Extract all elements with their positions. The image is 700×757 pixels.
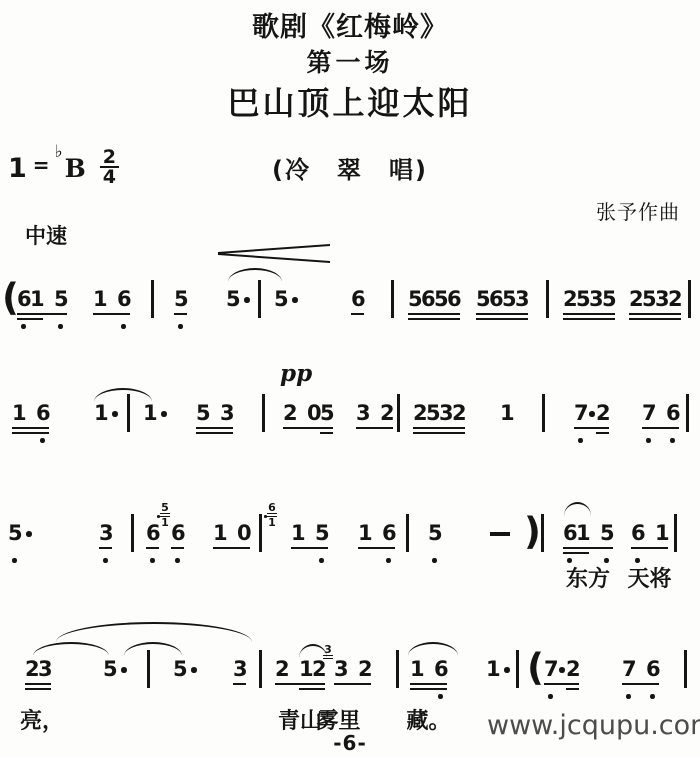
composer-credit: 张予作曲 bbox=[596, 196, 680, 225]
note-digit: 5 bbox=[196, 400, 209, 426]
grace-note-digit: 1 bbox=[266, 517, 278, 528]
singer-note: (冷 翠 唱) bbox=[0, 150, 700, 185]
note-digit: 2 bbox=[312, 656, 325, 682]
beam-underline bbox=[544, 683, 579, 685]
low-octave-dot bbox=[670, 438, 675, 443]
note: 23亮， bbox=[25, 656, 51, 682]
note-digit: 6 bbox=[382, 520, 395, 546]
beam-underline bbox=[93, 313, 130, 315]
slur-tie-arc bbox=[33, 642, 109, 656]
beam-underline bbox=[174, 313, 187, 315]
beam-underline bbox=[413, 432, 465, 434]
note-digit: 1 bbox=[576, 520, 589, 546]
note: 615 bbox=[17, 286, 67, 312]
note-digit: 6 bbox=[117, 286, 130, 312]
note-digit: 2 bbox=[358, 656, 371, 682]
grace-octave-dot bbox=[157, 515, 160, 518]
note: 5 bbox=[103, 656, 116, 682]
beam-underline bbox=[563, 318, 615, 320]
augmentation-dot bbox=[191, 667, 197, 673]
beam-underline-partial bbox=[299, 688, 325, 690]
beam-underline bbox=[563, 547, 613, 549]
low-octave-dot bbox=[103, 558, 108, 563]
grace-underline bbox=[160, 513, 170, 514]
note: 212青山 bbox=[275, 656, 325, 682]
note-digit: 7 bbox=[642, 400, 655, 426]
beam-underline-partial bbox=[563, 552, 589, 554]
note-digit: 3 bbox=[334, 656, 347, 682]
barline bbox=[688, 280, 691, 318]
augmentation-dot bbox=[292, 297, 298, 303]
note: 76 bbox=[622, 656, 659, 682]
note-digit: 5 bbox=[174, 286, 187, 312]
note-digit: 1 bbox=[143, 400, 156, 426]
note-digit: 5 bbox=[103, 656, 116, 682]
beam-underline bbox=[563, 313, 615, 315]
beam-underline bbox=[334, 683, 371, 685]
note: 5 bbox=[174, 286, 187, 312]
note: 5 bbox=[8, 520, 21, 546]
note: 5 bbox=[226, 286, 239, 312]
beam-underline-partial bbox=[596, 432, 609, 434]
note-digit: 2 bbox=[25, 656, 38, 682]
beam-underline-partial bbox=[17, 318, 43, 320]
phrase-paren: ( bbox=[2, 278, 16, 318]
low-octave-dot bbox=[150, 558, 155, 563]
note-digit: 6 bbox=[447, 286, 460, 312]
beam-underline bbox=[476, 318, 528, 320]
barline bbox=[151, 280, 154, 318]
barline bbox=[259, 514, 262, 552]
note-digit: 6 bbox=[421, 286, 434, 312]
barline bbox=[262, 394, 265, 432]
note-digit: 6 bbox=[631, 520, 644, 546]
barline bbox=[396, 650, 399, 688]
note-digit: 3 bbox=[356, 400, 369, 426]
note: 2532 bbox=[413, 400, 465, 426]
note-digit: 1 bbox=[299, 656, 312, 682]
note-digit: 5 bbox=[54, 286, 67, 312]
lyric: 天将 bbox=[627, 562, 671, 593]
low-octave-dot bbox=[386, 558, 391, 563]
dynamic-pp: pp bbox=[280, 360, 312, 387]
note-digit: 5 bbox=[428, 520, 441, 546]
note: 5656 bbox=[408, 286, 460, 312]
beam-underline bbox=[25, 688, 51, 690]
low-octave-dot bbox=[121, 324, 126, 329]
note-digit: 2 bbox=[413, 400, 426, 426]
note-digit: 2 bbox=[563, 286, 576, 312]
note-digit: 3 bbox=[439, 400, 452, 426]
note: 61天将 bbox=[631, 520, 668, 546]
beam-underline bbox=[408, 318, 460, 320]
note-digit: 5 bbox=[642, 286, 655, 312]
watermark: www.jcqupu.com bbox=[487, 710, 700, 741]
beam-underline bbox=[629, 313, 681, 315]
beam-underline-partial bbox=[566, 688, 579, 690]
barline bbox=[516, 650, 519, 688]
beam-underline bbox=[233, 683, 246, 685]
note-digit: 7 bbox=[622, 656, 635, 682]
barline bbox=[542, 394, 545, 432]
augmentation-dot bbox=[559, 667, 565, 673]
low-octave-dot bbox=[646, 438, 651, 443]
beam-underline bbox=[196, 427, 233, 429]
augmentation-dot bbox=[161, 411, 167, 417]
note: 16 bbox=[93, 286, 130, 312]
note-digit: 5 bbox=[600, 520, 613, 546]
note-digit: 5 bbox=[173, 656, 186, 682]
note: 5653 bbox=[476, 286, 528, 312]
lyric: 东方 bbox=[566, 562, 610, 593]
note-digit: 2 bbox=[668, 286, 681, 312]
slur-tie-arc bbox=[124, 642, 182, 656]
low-octave-dot bbox=[626, 694, 631, 699]
augmentation-dot bbox=[244, 297, 250, 303]
barline bbox=[258, 280, 261, 318]
note-digit: 0 bbox=[307, 400, 320, 426]
beam-underline-partial bbox=[320, 432, 333, 434]
note: 1 bbox=[486, 656, 499, 682]
note-digit: 2 bbox=[380, 400, 393, 426]
note: 5 bbox=[428, 520, 441, 546]
note: 1 bbox=[500, 400, 513, 426]
beam-underline bbox=[171, 547, 184, 549]
beam-underline bbox=[358, 547, 395, 549]
low-octave-dot bbox=[438, 694, 443, 699]
barline bbox=[259, 650, 262, 688]
note-digit: 2 bbox=[275, 656, 288, 682]
barline bbox=[684, 650, 687, 688]
music-system-2: 16115320532253217276pp bbox=[0, 358, 700, 458]
note-digit: 3 bbox=[515, 286, 528, 312]
beam-underline bbox=[631, 547, 668, 549]
note-digit: 5 bbox=[408, 286, 421, 312]
beam-underline bbox=[408, 313, 460, 315]
note-digit: 6 bbox=[646, 656, 659, 682]
note: 32 bbox=[356, 400, 393, 426]
beam-underline bbox=[275, 683, 325, 685]
augmentation-dot bbox=[121, 667, 127, 673]
grace-note: 61 bbox=[266, 502, 278, 532]
note-digit: 5 bbox=[602, 286, 615, 312]
beam-underline bbox=[213, 547, 250, 549]
note-digit: 2 bbox=[452, 400, 465, 426]
beam-underline bbox=[642, 427, 679, 429]
note-digit: 2 bbox=[566, 656, 579, 682]
barline bbox=[541, 514, 544, 552]
beam-underline bbox=[410, 688, 447, 690]
note-digit: 1 bbox=[358, 520, 371, 546]
song-title: 巴山顶上迎太阳 bbox=[0, 78, 700, 124]
note-digit: 2 bbox=[596, 400, 609, 426]
note: 16藏。 bbox=[410, 656, 447, 682]
note-digit: 6 bbox=[666, 400, 679, 426]
half-note-dash bbox=[490, 532, 510, 536]
grace-note-digit: 1 bbox=[159, 517, 171, 528]
note-digit: 7 bbox=[544, 656, 557, 682]
note: 1 bbox=[94, 400, 107, 426]
note-digit: 3 bbox=[38, 656, 51, 682]
low-octave-dot bbox=[432, 558, 437, 563]
phrase-paren: ) bbox=[524, 512, 538, 552]
note-digit: 6 bbox=[563, 520, 576, 546]
beam-underline bbox=[476, 313, 528, 315]
beam-underline bbox=[25, 683, 51, 685]
beam-underline bbox=[351, 313, 364, 315]
note: 6 bbox=[171, 520, 184, 546]
beam-underline bbox=[291, 547, 328, 549]
crescendo-wedge bbox=[216, 244, 330, 268]
note: 32雾里 bbox=[334, 656, 371, 682]
low-octave-dot bbox=[58, 324, 63, 329]
note-digit: 1 bbox=[500, 400, 513, 426]
note-digit: 6 bbox=[17, 286, 30, 312]
barline bbox=[686, 394, 689, 432]
note-digit: 2 bbox=[629, 286, 642, 312]
note-digit: 5 bbox=[426, 400, 439, 426]
barline bbox=[406, 514, 409, 552]
beam-underline bbox=[413, 427, 465, 429]
note-digit: 3 bbox=[99, 520, 112, 546]
note-digit: 3 bbox=[655, 286, 668, 312]
beam-underline bbox=[410, 683, 447, 685]
music-system-1: (6151655565656565325352532 bbox=[0, 238, 700, 348]
augmentation-dot bbox=[26, 531, 32, 537]
beam-underline bbox=[12, 432, 49, 434]
barline bbox=[391, 280, 394, 318]
beam-underline bbox=[146, 547, 159, 549]
low-octave-dot bbox=[178, 324, 183, 329]
note-digit: 1 bbox=[94, 400, 107, 426]
note: 615东方 bbox=[563, 520, 613, 546]
note: 15 bbox=[291, 520, 328, 546]
opera-title: 歌剧《红梅岭》 bbox=[0, 5, 700, 44]
note-digit: 6 bbox=[351, 286, 364, 312]
note-digit: 6 bbox=[434, 656, 447, 682]
low-octave-dot bbox=[548, 694, 553, 699]
note-digit: 1 bbox=[213, 520, 226, 546]
beam-underline bbox=[99, 547, 112, 549]
note-digit: 6 bbox=[36, 400, 49, 426]
augmentation-dot bbox=[589, 411, 595, 417]
note-digit: 0 bbox=[237, 520, 250, 546]
note: 3 bbox=[99, 520, 112, 546]
note-digit: 1 bbox=[12, 400, 25, 426]
beam-underline bbox=[622, 683, 659, 685]
barline bbox=[397, 394, 400, 432]
beam-underline bbox=[12, 427, 49, 429]
low-octave-dot bbox=[175, 558, 180, 563]
phrase-paren: ( bbox=[527, 648, 541, 688]
note-digit: 5 bbox=[434, 286, 447, 312]
note-digit: 1 bbox=[410, 656, 423, 682]
note-digit: 1 bbox=[486, 656, 499, 682]
beam-underline bbox=[196, 432, 233, 434]
note: 16 bbox=[358, 520, 395, 546]
note-digit: 7 bbox=[574, 400, 587, 426]
beam-underline bbox=[629, 318, 681, 320]
note bbox=[490, 520, 512, 546]
note: 5 bbox=[173, 656, 186, 682]
barline bbox=[131, 514, 134, 552]
low-octave-dot bbox=[650, 694, 655, 699]
note-digit: 1 bbox=[30, 286, 43, 312]
note: 6 bbox=[146, 520, 159, 546]
slur-tie-arc bbox=[228, 268, 282, 282]
barline bbox=[674, 514, 677, 552]
note: 72 bbox=[574, 400, 609, 426]
grace-note-digit: 6 bbox=[266, 502, 278, 513]
grace-note: 51 bbox=[159, 502, 171, 532]
note-digit: 5 bbox=[320, 400, 333, 426]
note-digit: 3 bbox=[589, 286, 602, 312]
music-system-3: 536516106115165)615东方61天将 bbox=[0, 482, 700, 597]
note-digit: 3 bbox=[233, 656, 246, 682]
note: 1 bbox=[143, 400, 156, 426]
note: 2532 bbox=[629, 286, 681, 312]
grace-note-digit: 5 bbox=[159, 502, 171, 513]
beam-underline bbox=[17, 313, 67, 315]
augmentation-dot bbox=[504, 667, 510, 673]
note-digit: 1 bbox=[291, 520, 304, 546]
note-digit: 6 bbox=[171, 520, 184, 546]
low-octave-dot bbox=[40, 438, 45, 443]
grace-octave-dot bbox=[264, 515, 267, 518]
note-digit: 5 bbox=[8, 520, 21, 546]
slur-tie-arc bbox=[564, 502, 591, 516]
note: 6 bbox=[351, 286, 364, 312]
note-digit: 5 bbox=[274, 286, 287, 312]
low-octave-dot bbox=[21, 324, 26, 329]
note: 5 bbox=[274, 286, 287, 312]
low-octave-dot bbox=[578, 438, 583, 443]
low-octave-dot bbox=[12, 558, 17, 563]
beam-underline bbox=[283, 427, 333, 429]
note: 205 bbox=[283, 400, 333, 426]
note-digit: 1 bbox=[93, 286, 106, 312]
note-digit: 5 bbox=[226, 286, 239, 312]
note-digit: 5 bbox=[315, 520, 328, 546]
note: 53 bbox=[196, 400, 233, 426]
note-digit: 6 bbox=[489, 286, 502, 312]
note-digit: 5 bbox=[502, 286, 515, 312]
note-digit: 5 bbox=[576, 286, 589, 312]
note: 3 bbox=[233, 656, 246, 682]
note-digit: 5 bbox=[476, 286, 489, 312]
beam-underline bbox=[574, 427, 609, 429]
note: 72 bbox=[544, 656, 579, 682]
note-digit: 2 bbox=[283, 400, 296, 426]
scene-title: 第一场 bbox=[0, 43, 700, 79]
beam-underline bbox=[356, 427, 393, 429]
augmentation-dot bbox=[112, 411, 118, 417]
note-digit: 1 bbox=[655, 520, 668, 546]
note: 76 bbox=[642, 400, 679, 426]
note-digit: 6 bbox=[146, 520, 159, 546]
note: 16 bbox=[12, 400, 49, 426]
barline bbox=[546, 280, 549, 318]
note: 10 bbox=[213, 520, 250, 546]
slur-tie-arc bbox=[408, 642, 458, 656]
sheet-music-page: 歌剧《红梅岭》 第一场 巴山顶上迎太阳 1 = ♭ B 2 4 (冷 翠 唱) … bbox=[0, 0, 700, 757]
low-octave-dot bbox=[319, 558, 324, 563]
note-digit: 3 bbox=[220, 400, 233, 426]
slur-tie-arc bbox=[94, 388, 152, 402]
slur-tie-arc bbox=[56, 622, 252, 642]
note: 2535 bbox=[563, 286, 615, 312]
grace-underline bbox=[267, 513, 277, 514]
